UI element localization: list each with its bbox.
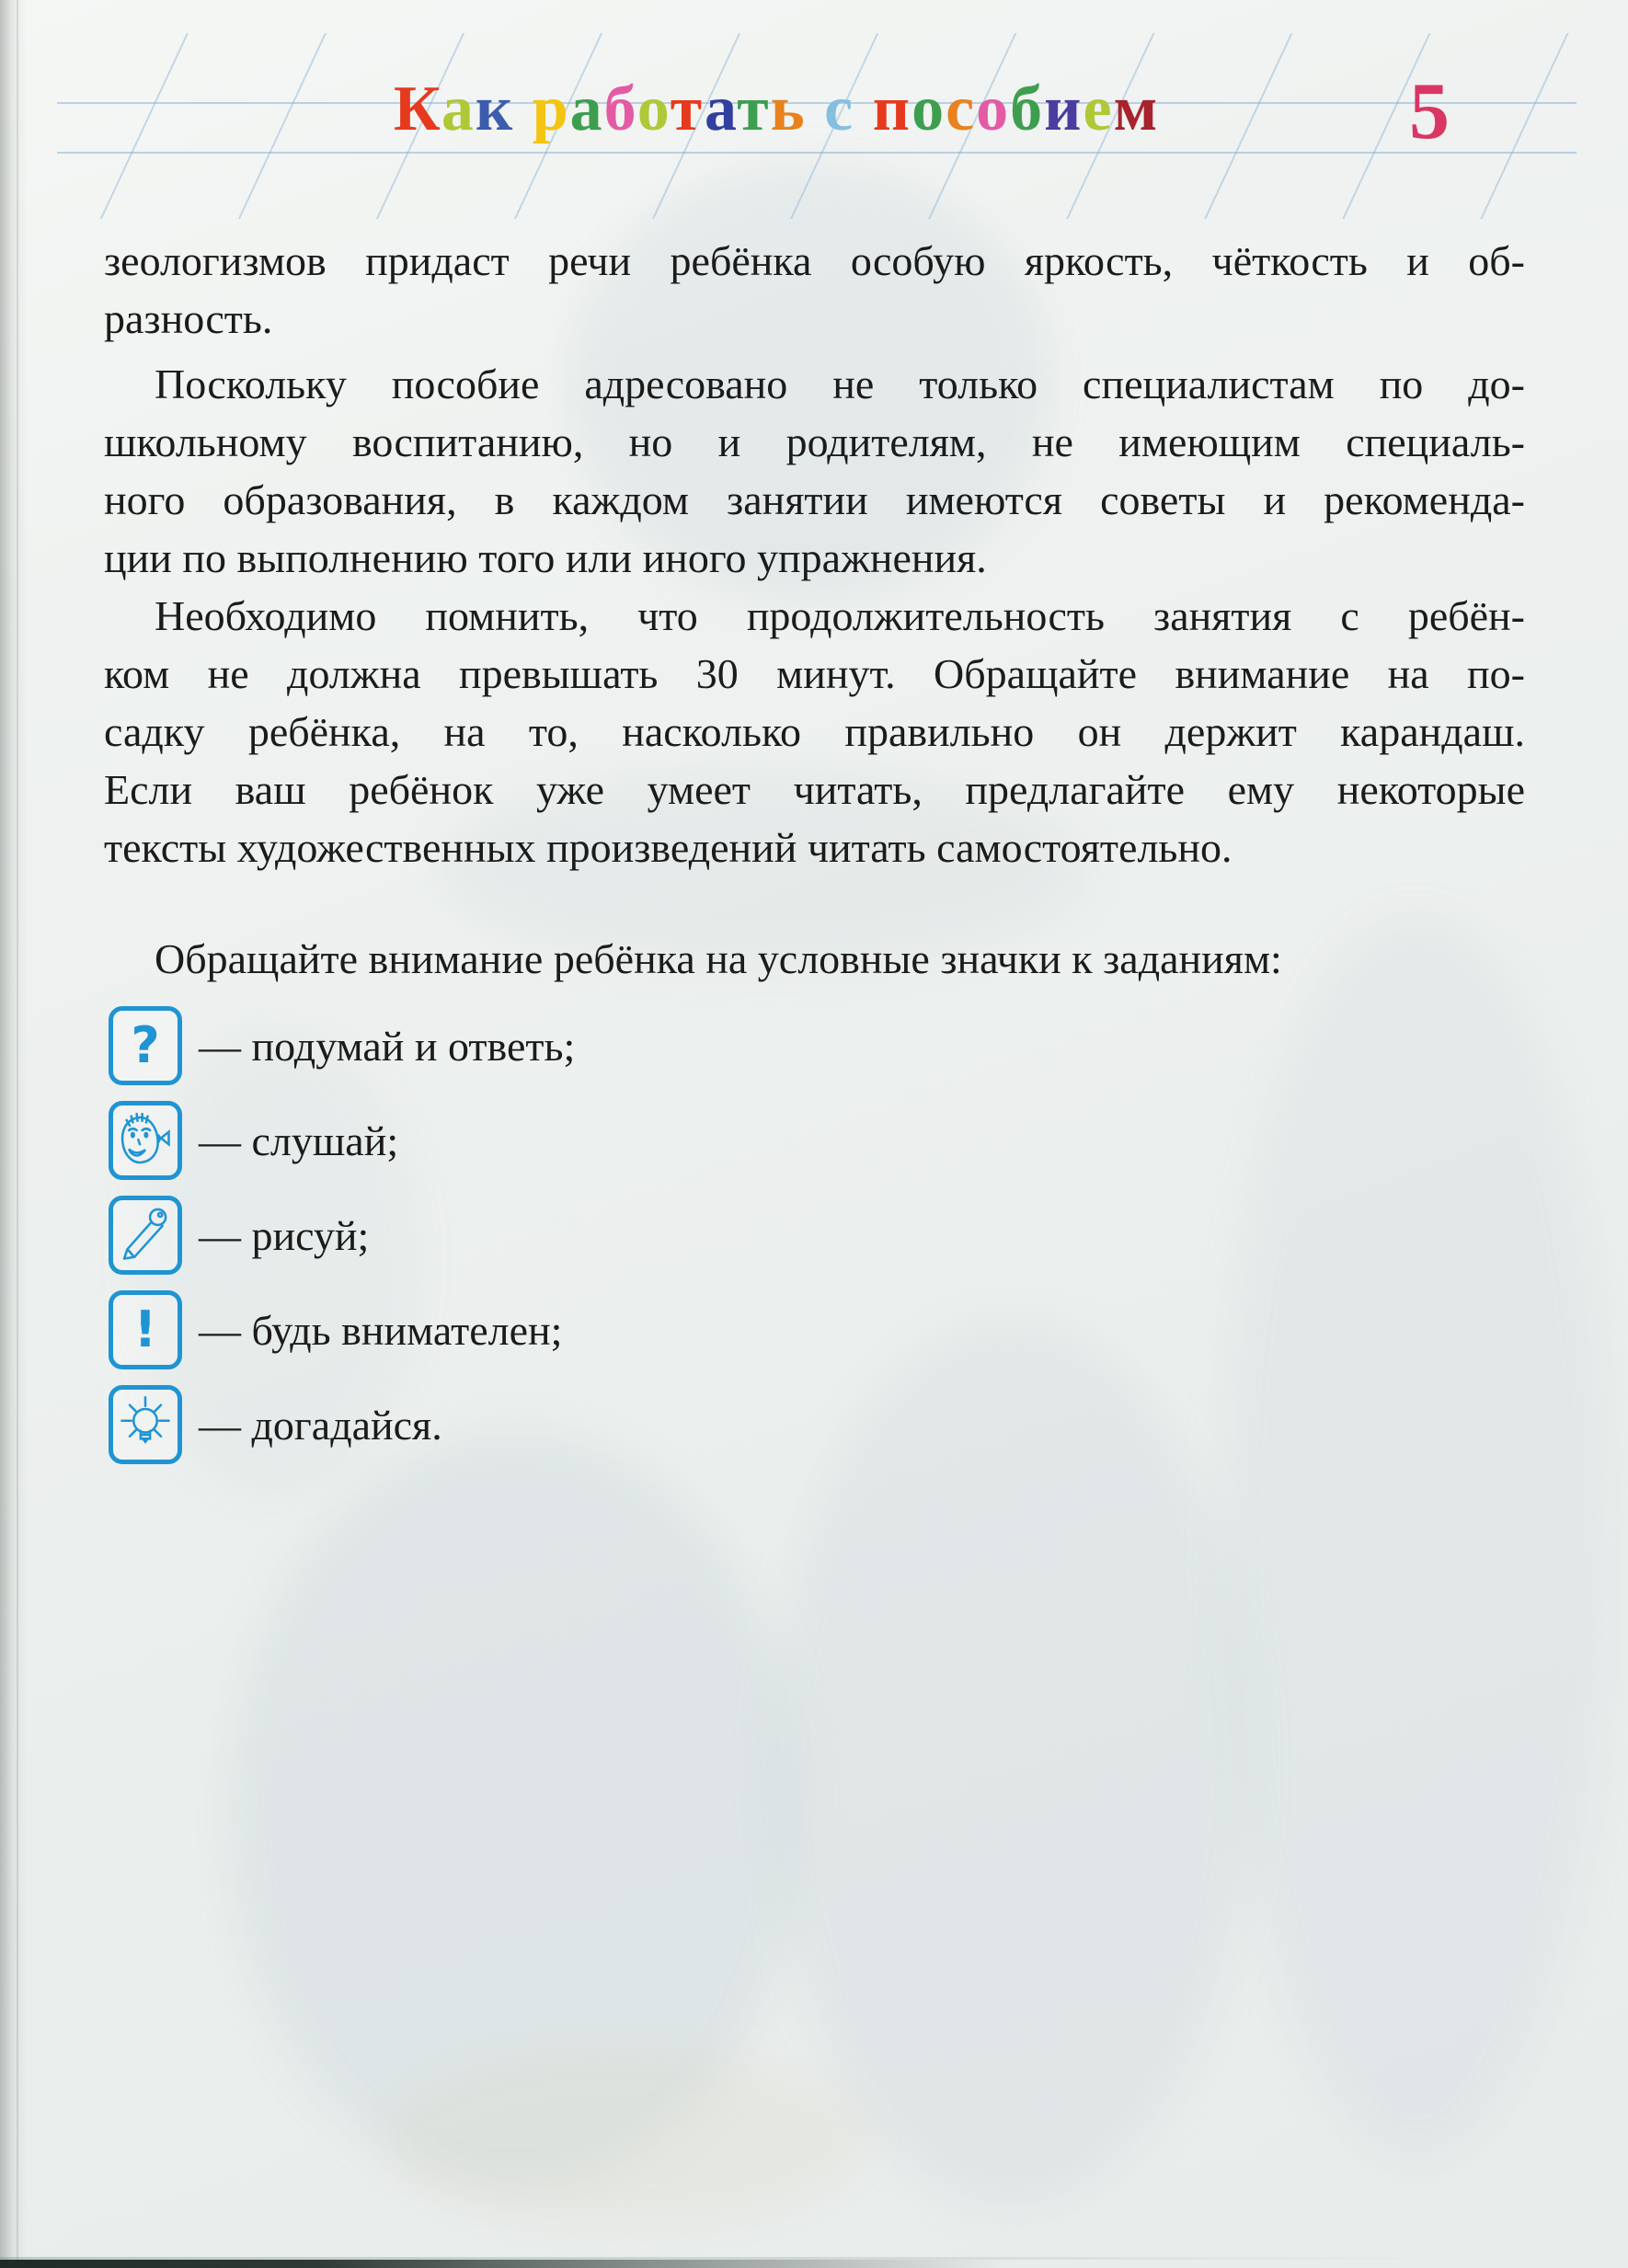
legend-label: — слушай; (199, 1117, 398, 1165)
title-letter: о (976, 74, 1010, 144)
bleed-through-ghost (773, 1324, 1251, 2207)
legend-row-draw: — рисуй; (109, 1196, 575, 1275)
text-line: ком не должна превышать 30 минут. Обраща… (104, 645, 1525, 703)
title-letter: к (476, 74, 514, 144)
title-letter: а (705, 74, 737, 144)
book-page: Как работать с пособием 5 зеологизмов пр… (0, 0, 1628, 2268)
title-letter: е (1083, 74, 1114, 144)
text-line: ного образования, в каждом занятии имеют… (104, 471, 1525, 529)
task-icon-legend: ? — подумай и ответь; — слушай; (109, 1006, 575, 1464)
title-letter: р (533, 74, 570, 144)
title-letter (807, 74, 825, 144)
text-line: Обращайте внимание ребёнка на условные з… (104, 930, 1525, 988)
writing-rule-line (57, 152, 1576, 154)
listening-child-drawing (114, 1106, 177, 1174)
page-binding-shadow (0, 0, 28, 2268)
text-line: тексты художественных произведений читат… (104, 819, 1525, 876)
text-line: зеологизмов придаст речи ребёнка особую … (104, 232, 1525, 290)
text-line: Необходимо помнить, что продолжительност… (104, 587, 1525, 645)
title-letter: а (441, 74, 476, 144)
title-letter (854, 74, 873, 144)
page-number: 5 (1409, 72, 1450, 153)
title-letter: п (873, 74, 911, 144)
legend-row-attention: ! — будь внимателен; (109, 1290, 575, 1369)
legend-label: — догадайся. (199, 1401, 442, 1449)
title-letter: б (1010, 74, 1044, 144)
legend-label: — рисуй; (199, 1211, 369, 1260)
text-line: школьному воспитанию, но и родителям, не… (104, 413, 1525, 471)
title-letter (514, 74, 533, 144)
scan-bottom-edge (0, 2260, 1058, 2268)
text-line: ции по выполнению того или иного упражне… (104, 529, 1525, 587)
title-letter: о (637, 74, 671, 144)
bleed-through-ghost (1223, 920, 1610, 2161)
title-letter: с (824, 74, 854, 144)
title-letter: К (394, 74, 441, 144)
title-letter: и (1044, 74, 1083, 144)
question-icon: ? (109, 1006, 182, 1085)
title-letter: м (1114, 74, 1160, 144)
exclamation-icon: ! (109, 1290, 182, 1369)
pencil-drawing (114, 1201, 177, 1269)
body-text: зеологизмов придаст речи ребёнка особую … (104, 232, 1525, 988)
bleed-through-ghost (230, 1435, 800, 2189)
legend-row-guess: — догадайся. (109, 1385, 575, 1464)
legend-label: — подумай и ответь; (199, 1022, 575, 1071)
page-binding-line (17, 0, 18, 2268)
title-letter: т (671, 74, 705, 144)
text-line: Если ваш ребёнок уже умеет читать, предл… (104, 761, 1525, 819)
lightbulb-icon (109, 1385, 182, 1464)
question-glyph: ? (131, 1021, 159, 1071)
legend-label: — будь внимателен; (199, 1306, 562, 1355)
lightbulb-drawing (114, 1391, 177, 1459)
title-letter: о (911, 74, 946, 144)
pencil-icon (109, 1196, 182, 1275)
text-line: Поскольку пособие адресовано не только с… (104, 355, 1525, 413)
title-letter: т (737, 74, 770, 144)
text-line: разность. (104, 290, 1525, 348)
title-letter: б (604, 74, 637, 144)
title-letter: а (570, 74, 604, 144)
exclamation-glyph: ! (134, 1305, 157, 1355)
legend-row-think: ? — подумай и ответь; (109, 1006, 575, 1085)
listening-child-icon (109, 1101, 182, 1180)
legend-row-listen: — слушай; (109, 1101, 575, 1180)
title-letter: с (946, 74, 976, 144)
title-letter: ь (771, 74, 807, 144)
bleed-through-ghost (386, 2051, 865, 2226)
page-title: Как работать с пособием (394, 77, 1159, 142)
text-line: садку ребёнка, на то, насколько правильн… (104, 703, 1525, 761)
